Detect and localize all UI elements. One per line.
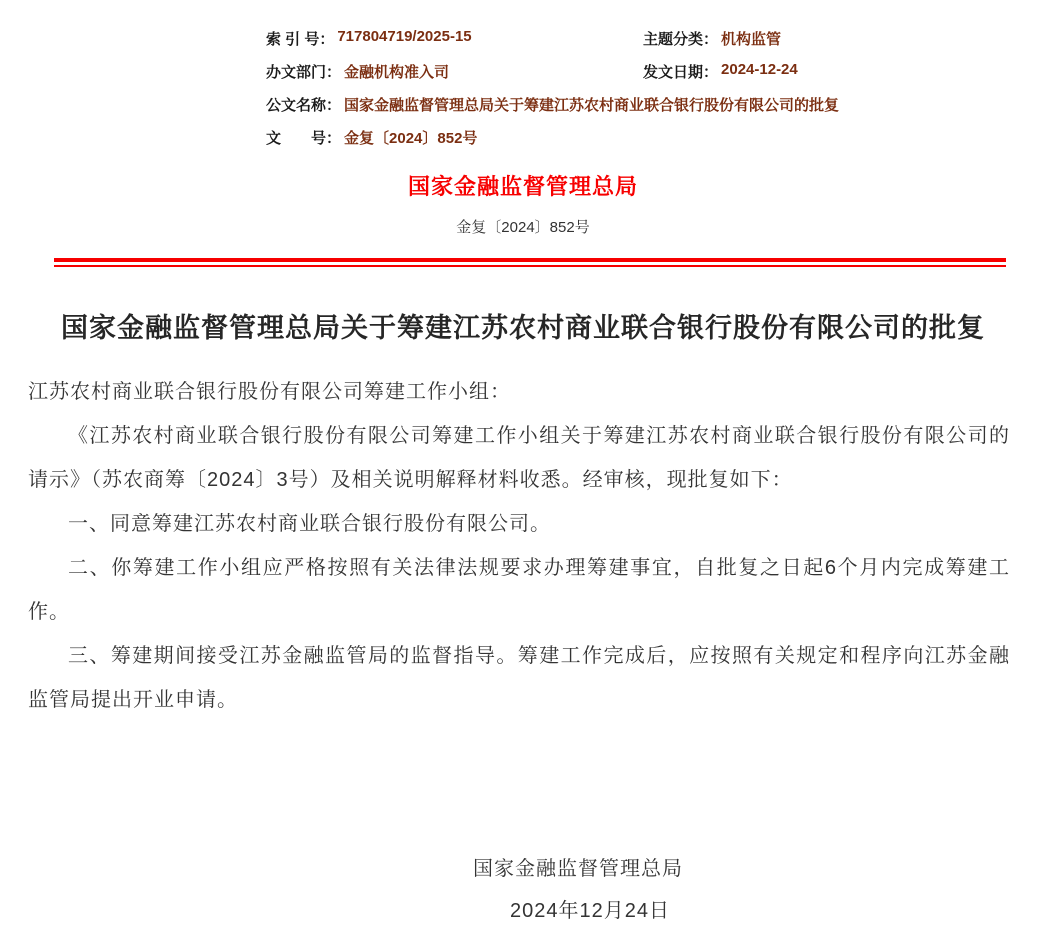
paragraph-addressee: 江苏农村商业联合银行股份有限公司筹建工作小组： (28, 370, 1010, 414)
signature-date: 2024年12月24日 (67, 890, 1046, 932)
meta-row-department-date: 办文部门： 金融机构准入司 发文日期： 2024-12-24 (266, 55, 1046, 88)
paragraph-item-2: 二、你筹建工作小组应严格按照有关法律法规要求办理筹建事宜，自批复之日起6个月内完… (28, 546, 1010, 634)
meta-field-issue-date: 发文日期： 2024-12-24 (643, 61, 798, 82)
paragraph-item-1: 一、同意筹建江苏农村商业联合银行股份有限公司。 (28, 502, 1010, 546)
meta-label-index-number: 索 引 号： (266, 28, 334, 49)
meta-field-subject-category: 主题分类： 机构监管 (643, 28, 781, 49)
signature-agency-name: 国家金融监督管理总局 (55, 848, 1046, 890)
meta-value-document-name: 国家金融监督管理总局关于筹建江苏农村商业联合银行股份有限公司的批复 (344, 94, 839, 115)
meta-value-subject-category: 机构监管 (721, 28, 781, 49)
document-title: 国家金融监督管理总局关于筹建江苏农村商业联合银行股份有限公司的批复 (0, 309, 1046, 347)
meta-field-document-number: 文 号： 金复〔2024〕852号 (266, 127, 643, 148)
meta-label-subject-category: 主题分类： (643, 28, 718, 49)
paragraph-item-3: 三、筹建期间接受江苏金融监管局的监督指导。筹建工作完成后，应按照有关规定和程序向… (28, 634, 1010, 722)
meta-value-issue-date: 2024-12-24 (721, 61, 798, 82)
meta-label-document-number: 文 号： (266, 127, 341, 148)
paragraph-preamble: 《江苏农村商业联合银行股份有限公司筹建工作小组关于筹建江苏农村商业联合银行股份有… (28, 414, 1010, 502)
meta-field-index-number: 索 引 号： 717804719/2025-15 (266, 28, 643, 49)
document-body: 江苏农村商业联合银行股份有限公司筹建工作小组： 《江苏农村商业联合银行股份有限公… (0, 370, 1046, 722)
letterhead-doc-number: 金复〔2024〕852号 (0, 218, 1046, 238)
meta-row-index-subject: 索 引 号： 717804719/2025-15 主题分类： 机构监管 (266, 22, 1046, 55)
document-page: 索 引 号： 717804719/2025-15 主题分类： 机构监管 办文部门… (0, 0, 1046, 947)
meta-field-document-name: 公文名称： 国家金融监督管理总局关于筹建江苏农村商业联合银行股份有限公司的批复 (266, 94, 643, 115)
agency-letterhead-title: 国家金融监督管理总局 (0, 172, 1046, 202)
meta-field-handling-department: 办文部门： 金融机构准入司 (266, 61, 643, 82)
meta-row-document-number: 文 号： 金复〔2024〕852号 (266, 121, 1046, 154)
signature-block: 国家金融监督管理总局 2024年12月24日 (0, 848, 1046, 932)
letterhead-red-divider (54, 258, 1006, 267)
meta-value-document-number: 金复〔2024〕852号 (344, 127, 477, 148)
meta-row-document-name: 公文名称： 国家金融监督管理总局关于筹建江苏农村商业联合银行股份有限公司的批复 (266, 88, 1046, 121)
meta-label-document-name: 公文名称： (266, 94, 341, 115)
meta-label-handling-department: 办文部门： (266, 61, 341, 82)
meta-value-handling-department: 金融机构准入司 (344, 61, 449, 82)
meta-value-index-number: 717804719/2025-15 (337, 28, 471, 49)
meta-label-issue-date: 发文日期： (643, 61, 718, 82)
document-metadata: 索 引 号： 717804719/2025-15 主题分类： 机构监管 办文部门… (0, 0, 1046, 154)
